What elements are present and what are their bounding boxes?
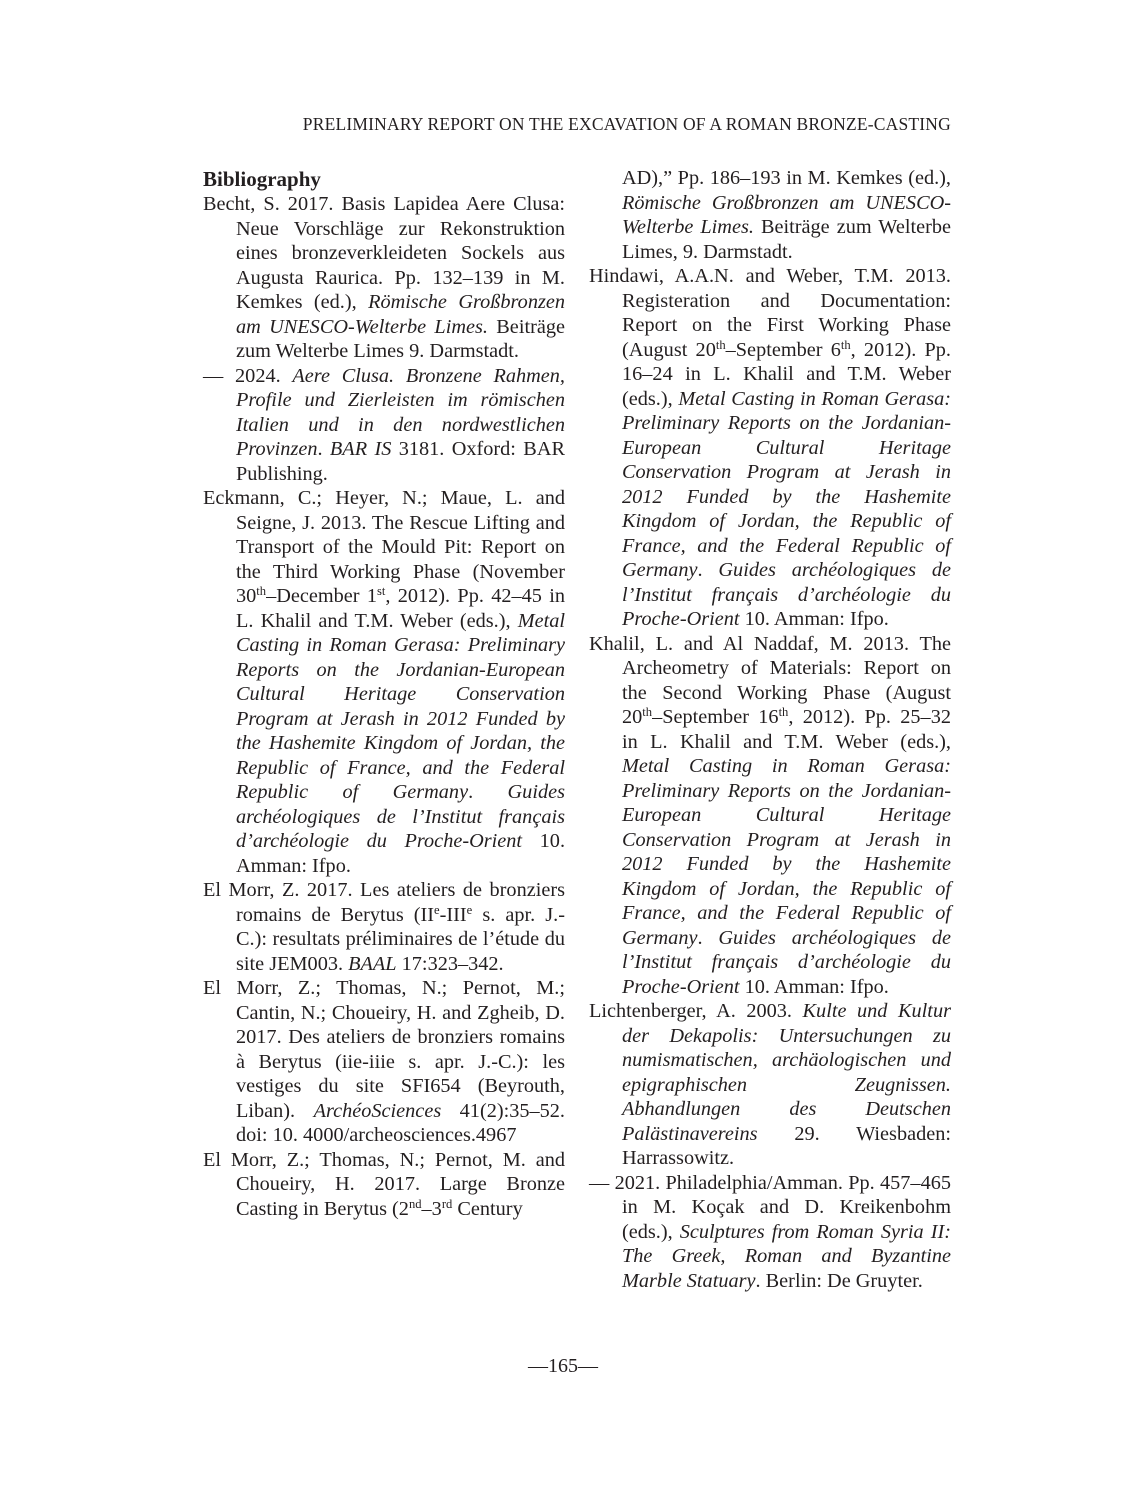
entry-text: . Berlin: De Gruyter. (756, 1270, 923, 1292)
entry-text: . (317, 438, 329, 460)
italic-title: Metal Casting in Roman Gerasa: Prelimina… (236, 610, 565, 804)
entry-text: 17:323–342. (397, 953, 504, 975)
italic-title: BAR IS (330, 438, 391, 460)
bibliography-left-column: Bibliography Becht, S. 2017. Basis Lapid… (203, 166, 565, 1221)
entry-text: 10. Amman: Ifpo. (740, 976, 889, 998)
entry-text: AD),” Pp. 186–193 in M. Kemkes (ed.), (622, 167, 951, 189)
superscript: th (779, 705, 789, 719)
entry-text: 10. Amman: Ifpo. (740, 608, 889, 630)
superscript: th (642, 705, 652, 719)
superscript: rd (442, 1197, 452, 1211)
page-number: —165— (0, 1355, 1126, 1378)
bibliography-entry: El Morr, Z.; Thomas, N.; Pernot, M. and … (203, 1148, 565, 1222)
italic-title: Metal Casting in Roman Gerasa: Prelimina… (622, 388, 951, 582)
superscript: nd (409, 1197, 422, 1211)
superscript: th (256, 584, 266, 598)
entry-text: –3 (422, 1198, 442, 1220)
bibliography-list-left: Becht, S. 2017. Basis Lapidea Aere Clusa… (203, 192, 565, 1221)
bibliography-entry: El Morr, Z.; Thomas, N.; Pernot, M.; Can… (203, 976, 565, 1148)
bibliography-entry: — 2021. Philadelphia/Amman. Pp. 457–465 … (589, 1171, 951, 1294)
italic-title: BAAL (348, 953, 396, 975)
bibliography-entry: — 2024. Aere Clusa. Bronzene Rahmen, Pro… (203, 364, 565, 487)
superscript: th (841, 338, 851, 352)
entry-text: –September 16 (652, 706, 778, 728)
italic-title: Metal Casting in Roman Gerasa: Prelimina… (622, 755, 951, 949)
entry-text: . (468, 781, 507, 803)
bibliography-entry: Eckmann, C.; Heyer, N.; Maue, L. and Sei… (203, 486, 565, 878)
entry-text: — 2024. (203, 365, 292, 387)
italic-title: ArchéoSciences (314, 1100, 442, 1122)
bibliography-entry: Khalil, L. and Al Naddaf, M. 2013. The A… (589, 632, 951, 1000)
entry-text: . (697, 927, 718, 949)
bibliography-right-column: AD),” Pp. 186–193 in M. Kemkes (ed.), Rö… (589, 166, 951, 1293)
bibliography-list-right: AD),” Pp. 186–193 in M. Kemkes (ed.), Rö… (589, 166, 951, 1293)
entry-text: -III (440, 904, 467, 926)
entry-text: –September 6 (726, 339, 841, 361)
superscript: th (716, 338, 726, 352)
entry-text: Lichtenberger, A. 2003. (589, 1000, 803, 1022)
bibliography-entry: El Morr, Z. 2017. Les ateliers de bronzi… (203, 878, 565, 976)
bibliography-entry: Becht, S. 2017. Basis Lapidea Aere Clusa… (203, 192, 565, 364)
entry-text: –December 1 (266, 585, 377, 607)
bibliography-entry: Lichtenberger, A. 2003. Kulte und Kultur… (589, 999, 951, 1171)
section-heading: Bibliography (203, 166, 565, 192)
bibliography-entry: Hindawi, A.A.N. and Weber, T.M. 2013. Re… (589, 264, 951, 632)
entry-text: . (697, 559, 718, 581)
entry-text: Century (452, 1198, 522, 1220)
bibliography-entry: AD),” Pp. 186–193 in M. Kemkes (ed.), Rö… (589, 166, 951, 264)
running-head: PRELIMINARY REPORT ON THE EXCAVATION OF … (200, 114, 951, 135)
